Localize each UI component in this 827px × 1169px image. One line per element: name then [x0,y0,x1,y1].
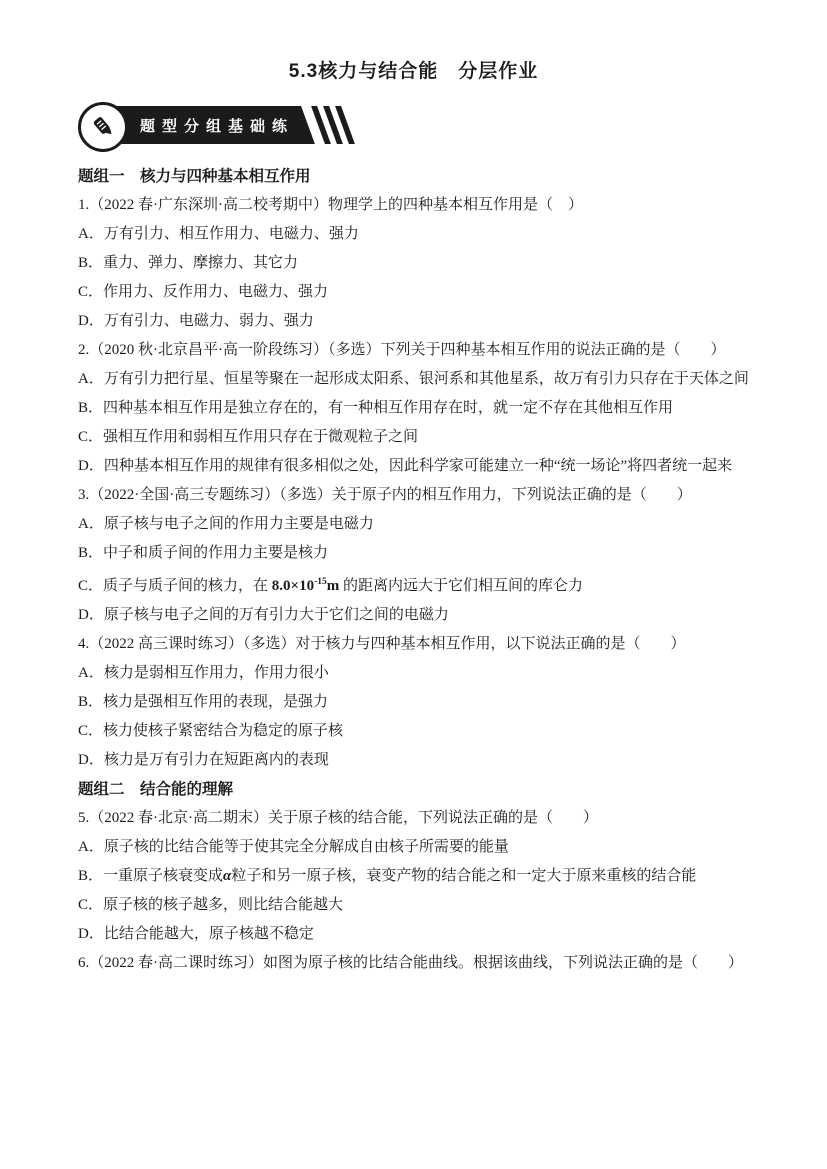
option-text: D．比结合能越大，原子核越不稳定 [78,926,314,942]
option-text: B．四种基本相互作用是独立存在的，有一种相互作用存在时，就一定不存在其他相互作用 [78,400,673,416]
inline-formula: -15 [314,577,327,587]
question-stem: 3.（2022·全国·高三专题练习）（多选）关于原子内的相互作用力，下列说法正确… [78,481,767,510]
option-text: B．重力、弹力、摩擦力、其它力 [78,255,298,271]
section-heading: 题组一 核力与四种基本相互作用 [78,162,767,191]
inline-formula: 8.0×10 [272,578,314,594]
question-stem: 2.（2020 秋·北京昌平·高一阶段练习）（多选）下列关于四种基本相互作用的说… [78,336,767,365]
option-line: D．万有引力、电磁力、弱力、强力 [78,307,767,336]
question-stem: 1.（2022 春·广东深圳·高二校考期中）物理学上的四种基本相互作用是（ ） [78,191,767,220]
section-banner: 题型分组基础练 [78,102,827,156]
option-line: A．万有引力把行星、恒星等聚在一起形成太阳系、银河系和其他星系，故万有引力只存在… [78,365,767,394]
option-line: C．强相互作用和弱相互作用只存在于微观粒子之间 [78,423,767,452]
option-text: A．原子核与电子之间的作用力主要是电磁力 [78,516,374,532]
option-line: A．万有引力、相互作用力、电磁力、强力 [78,220,767,249]
worksheet-page: 5.3核力与结合能 分层作业 题型分组基础练 题组一 核力与四种基本相互作用1.… [0,0,827,1169]
option-text: D．原子核与电子之间的万有引力大于它们之间的电磁力 [78,607,449,623]
option-line: C．作用力、反作用力、电磁力、强力 [78,278,767,307]
option-text: A．万有引力、相互作用力、电磁力、强力 [78,226,359,242]
worksheet-body: 题组一 核力与四种基本相互作用1.（2022 春·广东深圳·高二校考期中）物理学… [78,162,767,978]
option-text: 粒子和另一原子核，衰变产物的结合能之和一定大于原来重核的结合能 [231,868,696,884]
option-text: C．质子与质子间的核力，在 [78,578,272,594]
option-line: D．原子核与电子之间的万有引力大于它们之间的电磁力 [78,601,767,630]
option-line: B．中子和质子间的作用力主要是核力 [78,539,767,568]
option-text: C．强相互作用和弱相互作用只存在于微观粒子之间 [78,429,418,445]
option-text: 的距离内远大于它们相互间的库仑力 [339,578,583,594]
option-text: A．核力是弱相互作用力，作用力很小 [78,665,329,681]
option-line: C．质子与质子间的核力，在 8.0×10-15m 的距离内远大于它们相互间的库仑… [78,568,767,601]
option-text: D．核力是万有引力在短距离内的表现 [78,752,329,768]
page-title: 5.3核力与结合能 分层作业 [0,0,827,83]
option-text: A．万有引力把行星、恒星等聚在一起形成太阳系、银河系和其他星系，故万有引力只存在… [78,371,749,387]
option-text: D．万有引力、电磁力、弱力、强力 [78,313,314,329]
question-stem: 6.（2022 春·高二课时练习）如图为原子核的比结合能曲线。根据该曲线，下列说… [78,949,767,978]
scroll-pen-icon [78,102,128,152]
option-line: B．四种基本相互作用是独立存在的，有一种相互作用存在时，就一定不存在其他相互作用 [78,394,767,423]
option-line: C．核力使核子紧密结合为稳定的原子核 [78,717,767,746]
option-line: A．原子核的比结合能等于使其完全分解成自由核子所需要的能量 [78,833,767,862]
option-text: B．一重原子核衰变成 [78,868,223,884]
inline-formula: m [327,578,340,594]
banner-label: 题型分组基础练 [140,115,294,136]
option-line: C．原子核的核子越多，则比结合能越大 [78,891,767,920]
question-stem: 5.（2022 春·北京·高二期末）关于原子核的结合能，下列说法正确的是（ ） [78,804,767,833]
option-line: A．原子核与电子之间的作用力主要是电磁力 [78,510,767,539]
option-line: A．核力是弱相互作用力，作用力很小 [78,659,767,688]
option-text: D．四种基本相互作用的规律有很多相似之处，因此科学家可能建立一种“统一场论”将四… [78,458,732,474]
option-text: A．原子核的比结合能等于使其完全分解成自由核子所需要的能量 [78,839,509,855]
option-line: B．核力是强相互作用的表现，是强力 [78,688,767,717]
option-line: D．比结合能越大，原子核越不稳定 [78,920,767,949]
option-text: B．中子和质子间的作用力主要是核力 [78,545,328,561]
option-line: D．四种基本相互作用的规律有很多相似之处，因此科学家可能建立一种“统一场论”将四… [78,452,767,481]
option-line: B．一重原子核衰变成α粒子和另一原子核，衰变产物的结合能之和一定大于原来重核的结… [78,862,767,891]
question-stem: 4.（2022 高三课时练习）（多选）对于核力与四种基本相互作用，以下说法正确的… [78,630,767,659]
option-text: C．原子核的核子越多，则比结合能越大 [78,897,343,913]
option-line: D．核力是万有引力在短距离内的表现 [78,746,767,775]
option-text: C．核力使核子紧密结合为稳定的原子核 [78,723,343,739]
option-text: C．作用力、反作用力、电磁力、强力 [78,284,328,300]
option-line: B．重力、弹力、摩擦力、其它力 [78,249,767,278]
option-text: B．核力是强相互作用的表现，是强力 [78,694,328,710]
section-heading: 题组二 结合能的理解 [78,775,767,804]
